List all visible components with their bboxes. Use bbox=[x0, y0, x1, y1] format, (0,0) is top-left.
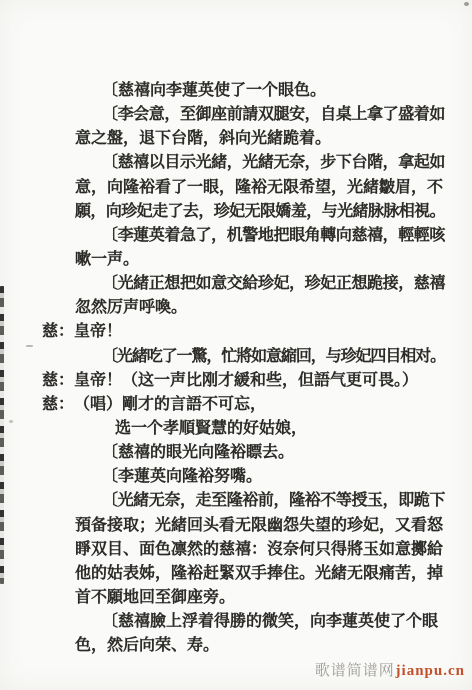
script-line: 色，然后向荣、寿。 bbox=[75, 634, 472, 658]
script-line-text: 睜双目、面色凛然的慈禧：沒奈何只得將玉如意擲給 bbox=[75, 538, 443, 562]
script-line-text: 〔李会意，至御座前請双腿安，自桌上拿了盛着如 bbox=[102, 103, 445, 127]
script-line: 〔慈禧向李蓮英使了一个眼色。 bbox=[102, 79, 472, 103]
script-line: 睜双目、面色凛然的慈禧：沒奈何只得將玉如意擲給 bbox=[75, 538, 472, 562]
speaker-label: 慈： bbox=[42, 320, 74, 344]
script-line: 慈：皇帝！ bbox=[42, 320, 472, 344]
script-line: 嗽一声。 bbox=[75, 248, 472, 272]
script-line: 願，向珍妃走了去，珍妃无限嬌羞，与光緒脉脉相視。 bbox=[75, 200, 472, 224]
watermark: 歌谱简谱网 jianpu.cn bbox=[315, 661, 465, 681]
script-line-text: 意，向隆裕看了一眼，隆裕无限希望，光緒皺眉，不 bbox=[75, 176, 443, 200]
script-line-text: 皇帝！ bbox=[74, 320, 122, 344]
script-line-text: 〔李蓮英向隆裕努嘴。 bbox=[102, 465, 262, 489]
script-line: 〔李会意，至御座前請双腿安，自桌上拿了盛着如 bbox=[102, 103, 472, 127]
script-text-block: 〔慈禧向李蓮英使了一个眼色。〔李会意，至御座前請双腿安，自桌上拿了盛着如意之盤，… bbox=[0, 79, 472, 658]
script-line: 意之盤，退下台階，斜向光緒跪着。 bbox=[75, 127, 472, 151]
script-line-text: 选一个孝順賢慧的好姑娘， bbox=[115, 417, 307, 441]
script-line: 首不願地回至御座旁。 bbox=[75, 586, 472, 610]
script-line: 选一个孝順賢慧的好姑娘， bbox=[115, 417, 472, 441]
script-line: 慈：皇帝！（这一声比刚才緩和些，但語气更可畏。） bbox=[42, 369, 472, 393]
script-line-text: 〔慈禧向李蓮英使了一个眼色。 bbox=[102, 79, 326, 103]
script-line-text: 他的姑表姊，隆裕赶緊双手捧住。光緒无限痛苦，掉 bbox=[75, 562, 443, 586]
scan-speck bbox=[464, 2, 469, 6]
script-line: 意，向隆裕看了一眼，隆裕无限希望，光緒皺眉，不 bbox=[75, 176, 472, 200]
script-line-text: 忽然厉声呼喚。 bbox=[75, 296, 187, 320]
watermark-site-url: jianpu.cn bbox=[396, 663, 465, 679]
script-line: 慈：（唱）剛才的言語不可忘， bbox=[42, 393, 472, 417]
script-line-text: 首不願地回至御座旁。 bbox=[75, 586, 235, 610]
script-line-text: 皇帝！（这一声比刚才緩和些，但語气更可畏。） bbox=[74, 369, 418, 393]
speaker-label: 慈： bbox=[42, 369, 74, 393]
script-line-text: 〔光緒无奈，走至隆裕前，隆裕不等授玉，即跪下 bbox=[102, 489, 445, 513]
script-line-text: 色，然后向荣、寿。 bbox=[75, 634, 219, 658]
script-line-text: （唱）剛才的言語不可忘， bbox=[74, 393, 266, 417]
script-line-text: 〔慈禧臉上浮着得勝的微笑，向李蓮英使了个眼 bbox=[102, 610, 438, 634]
script-line: 預备接取；光緒回头看无限幽怨失望的珍妃，又看怒 bbox=[75, 514, 472, 538]
script-line-text: 嗽一声。 bbox=[75, 248, 139, 272]
watermark-site-name: 歌谱简谱网 bbox=[315, 663, 395, 679]
script-line: 〔慈禧以目示光緒，光緒无奈，步下台階，拿起如 bbox=[102, 151, 472, 175]
script-line: 〔慈禧臉上浮着得勝的微笑，向李蓮英使了个眼 bbox=[102, 610, 472, 634]
script-line: 〔光緒吃了一驚，忙將如意縮回，与珍妃四目相对。 bbox=[102, 345, 472, 369]
script-line: 〔李蓮英向隆裕努嘴。 bbox=[102, 465, 472, 489]
script-line-text: 〔李蓮英着急了，机警地把眼角轉向慈禧，輕輕咳 bbox=[102, 224, 445, 248]
script-line: 忽然厉声呼喚。 bbox=[75, 296, 472, 320]
script-line: 〔光緒无奈，走至隆裕前，隆裕不等授玉，即跪下 bbox=[102, 489, 472, 513]
script-line: 他的姑表姊，隆裕赶緊双手捧住。光緒无限痛苦，掉 bbox=[75, 562, 472, 586]
script-line: 〔李蓮英着急了，机警地把眼角轉向慈禧，輕輕咳 bbox=[102, 224, 472, 248]
script-line-text: 意之盤，退下台階，斜向光緒跪着。 bbox=[75, 127, 331, 151]
script-line: 〔光緒正想把如意交給珍妃，珍妃正想跪接，慈禧 bbox=[102, 272, 472, 296]
scanned-script-page: 〔慈禧向李蓮英使了一个眼色。〔李会意，至御座前請双腿安，自桌上拿了盛着如意之盤，… bbox=[0, 0, 472, 690]
script-line-text: 〔慈禧以目示光緒，光緒无奈，步下台階，拿起如 bbox=[102, 151, 445, 175]
script-line: 〔慈禧的眼光向隆裕瞟去。 bbox=[102, 441, 472, 465]
speaker-label: 慈： bbox=[42, 393, 74, 417]
script-line-text: 願，向珍妃走了去，珍妃无限嬌羞，与光緒脉脉相視。 bbox=[75, 200, 445, 224]
script-line-text: 〔光緒吃了一驚，忙將如意縮回，与珍妃四目相对。 bbox=[102, 345, 445, 369]
script-line-text: 〔光緒正想把如意交給珍妃，珍妃正想跪接，慈禧 bbox=[102, 272, 445, 296]
script-line-text: 預备接取；光緒回头看无限幽怨失望的珍妃，又看怒 bbox=[75, 514, 443, 538]
script-line-text: 〔慈禧的眼光向隆裕瞟去。 bbox=[102, 441, 294, 465]
